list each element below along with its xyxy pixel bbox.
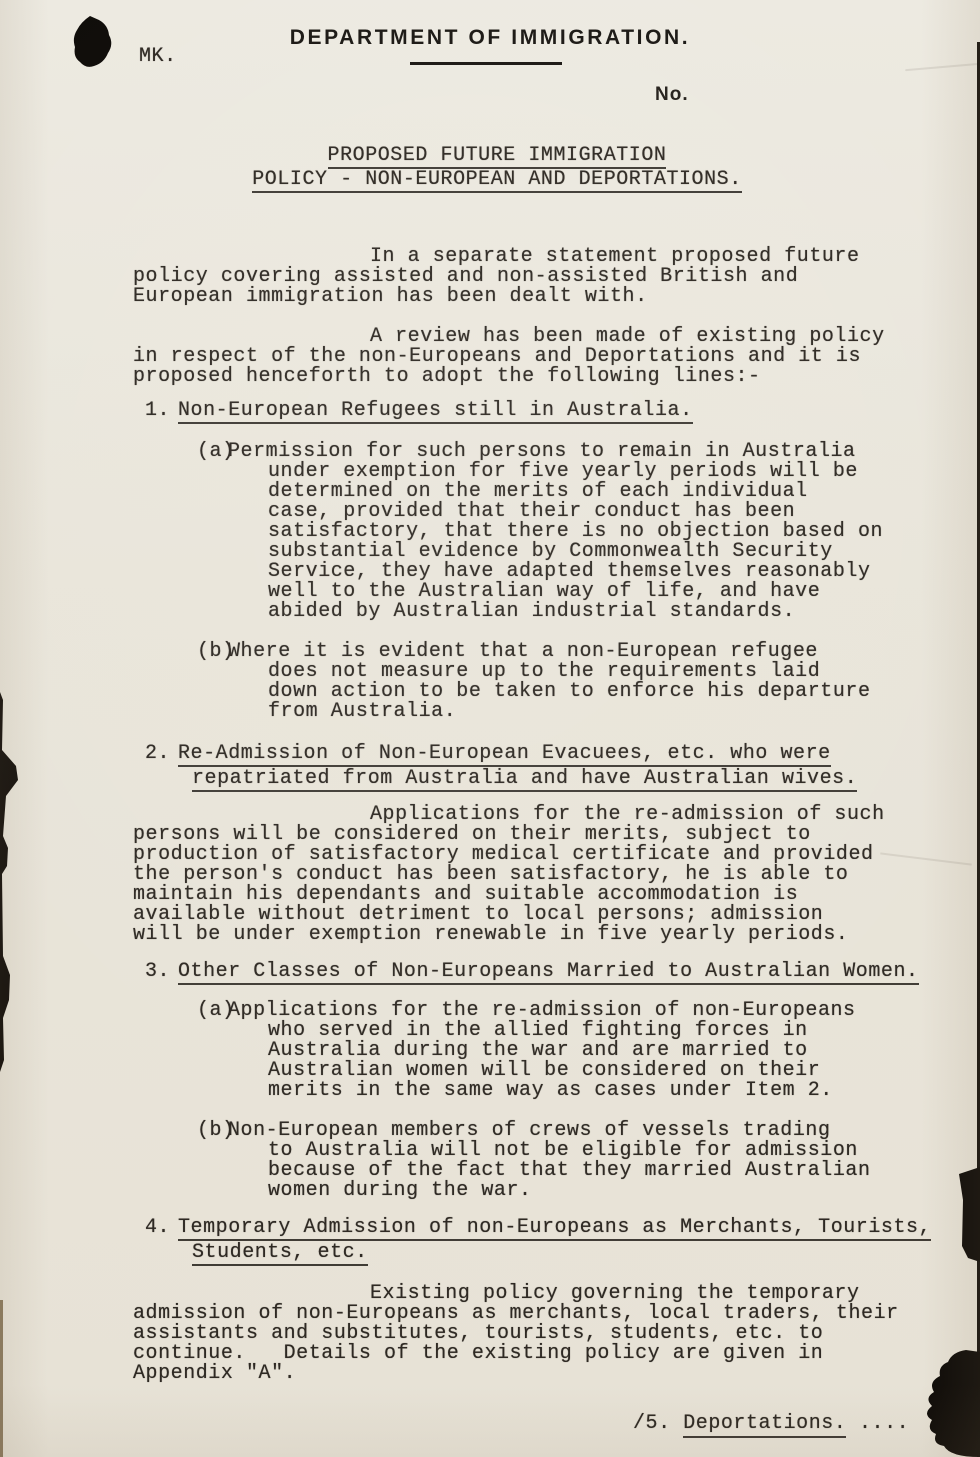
- intro-paragraph-1: In a separate statement proposed future …: [133, 247, 963, 307]
- section-3-heading: 3. Other Classes of Non-Europeans Marrie…: [145, 961, 963, 985]
- document-title: PROPOSED FUTURE IMMIGRATION POLICY - NON…: [0, 145, 980, 193]
- title-text: Temporary Admission of non-Europeans as …: [178, 1217, 931, 1241]
- text-line: persons will be considered on their meri…: [133, 825, 963, 845]
- item-marker: (a): [197, 442, 228, 462]
- section-3-item-a: (a) Applications for the re-admission of…: [197, 1001, 963, 1101]
- item-marker: (a): [197, 1001, 228, 1021]
- text-line: policy covering assisted and non-assiste…: [133, 267, 963, 287]
- text-line: maintain his dependants and suitable acc…: [133, 885, 963, 905]
- paper-crease: [905, 63, 980, 72]
- section-title-line: Students, etc.: [178, 1242, 931, 1266]
- text-line: proposed henceforth to adopt the followi…: [133, 367, 963, 387]
- next-section-label: Deportations.: [683, 1412, 846, 1438]
- text-line: Permission for such persons to remain in…: [228, 442, 883, 462]
- text-line: Existing policy governing the temporary: [133, 1284, 963, 1304]
- section-title: Temporary Admission of non-Europeans as …: [178, 1217, 931, 1266]
- section-title: Non-European Refugees still in Australia…: [178, 400, 693, 424]
- page-footer: /5. Deportations. ....: [633, 1412, 909, 1438]
- section-number: 4.: [145, 1217, 178, 1266]
- section-title-line: Temporary Admission of non-Europeans as …: [178, 1217, 931, 1241]
- text-line: from Australia.: [228, 702, 871, 722]
- title-text: Students, etc.: [192, 1242, 368, 1266]
- section-4-paragraph: Existing policy governing the temporary …: [133, 1284, 963, 1384]
- text-line: women during the war.: [228, 1181, 871, 1201]
- text-line: Appendix "A".: [133, 1364, 963, 1384]
- text-line: substantial evidence by Commonwealth Sec…: [228, 542, 883, 562]
- section-3-item-b: (b) Non-European members of crews of ves…: [197, 1121, 963, 1201]
- scan-edge-left-bottom: [0, 1300, 3, 1457]
- text-line: will be under exemption renewable in fiv…: [133, 925, 963, 945]
- section-1-item-b: (b) Where it is evident that a non-Europ…: [197, 642, 963, 722]
- text-line: satisfactory, that there is no objection…: [228, 522, 883, 542]
- section-title-line: repatriated from Australia and have Aust…: [178, 768, 857, 792]
- text-line: down action to be taken to enforce his d…: [228, 682, 871, 702]
- section-title-line: Re-Admission of Non-European Evacuees, e…: [178, 743, 857, 767]
- title-text: Re-Admission of Non-European Evacuees, e…: [178, 743, 831, 767]
- item-text: Non-European members of crews of vessels…: [228, 1121, 871, 1201]
- spacer: [846, 1412, 859, 1435]
- torn-edge-left: [0, 692, 18, 1072]
- letterhead-rule: [410, 62, 562, 65]
- text-line: case, provided that their conduct has be…: [228, 502, 883, 522]
- text-line: available without detriment to local per…: [133, 905, 963, 925]
- document-page: DEPARTMENT OF IMMIGRATION. No. MK. PROPO…: [0, 0, 980, 1457]
- section-title: Other Classes of Non-Europeans Married t…: [178, 961, 919, 985]
- text-line: assistants and substitutes, tourists, st…: [133, 1324, 963, 1344]
- section-number: 3.: [145, 961, 178, 985]
- text-line: Australia during the war and are married…: [228, 1041, 856, 1061]
- section-1-item-a: (a) Permission for such persons to remai…: [197, 442, 963, 622]
- section-2-heading: 2. Re-Admission of Non-European Evacuees…: [145, 743, 963, 792]
- text-line: in respect of the non-Europeans and Depo…: [133, 347, 963, 367]
- text-line: admission of non-Europeans as merchants,…: [133, 1304, 963, 1324]
- item-text: Applications for the re-admission of non…: [228, 1001, 856, 1101]
- text-line: merits in the same way as cases under It…: [228, 1081, 856, 1101]
- intro-paragraph-2: A review has been made of existing polic…: [133, 327, 963, 387]
- text-line: Where it is evident that a non-European …: [228, 642, 871, 662]
- section-number: 1.: [145, 400, 178, 424]
- item-marker: (b): [197, 1121, 228, 1141]
- document-title-line-1: PROPOSED FUTURE IMMIGRATION: [14, 145, 980, 169]
- spacer: [671, 1412, 684, 1435]
- document-title-line-2: POLICY - NON-EUROPEAN AND DEPORTATIONS.: [14, 169, 980, 193]
- text-line: Australian women will be considered on t…: [228, 1061, 856, 1081]
- continuation-dots: ....: [859, 1412, 909, 1435]
- section-4-heading: 4. Temporary Admission of non-Europeans …: [145, 1217, 963, 1266]
- text-line: Applications for the re-admission of non…: [228, 1001, 856, 1021]
- section-1-heading: 1. Non-European Refugees still in Austra…: [145, 400, 963, 424]
- title-text: repatriated from Australia and have Aust…: [192, 768, 857, 792]
- text-line: because of the fact that they married Au…: [228, 1161, 871, 1181]
- section-title: Re-Admission of Non-European Evacuees, e…: [178, 743, 857, 792]
- text-line: to Australia will not be eligible for ad…: [228, 1141, 871, 1161]
- next-page-ref: /5.: [633, 1412, 671, 1435]
- text-line: continue. Details of the existing policy…: [133, 1344, 963, 1364]
- text-line: production of satisfactory medical certi…: [133, 845, 963, 865]
- text-line: Applications for the re-admission of suc…: [133, 805, 963, 825]
- text-line: Non-European members of crews of vessels…: [228, 1121, 871, 1141]
- text-line: A review has been made of existing polic…: [133, 327, 963, 347]
- text-line: Service, they have adapted themselves re…: [228, 562, 883, 582]
- item-marker: (b): [197, 642, 228, 662]
- text-line: determined on the merits of each individ…: [228, 482, 883, 502]
- text-line: well to the Australian way of life, and …: [228, 582, 883, 602]
- text-line: who served in the allied fighting forces…: [228, 1021, 856, 1041]
- title-text: PROPOSED FUTURE IMMIGRATION: [328, 145, 667, 169]
- number-label: No.: [655, 84, 689, 106]
- text-line: under exemption for five yearly periods …: [228, 462, 883, 482]
- section-number: 2.: [145, 743, 178, 792]
- section-2-paragraph: Applications for the re-admission of suc…: [133, 805, 963, 945]
- text-line: In a separate statement proposed future: [133, 247, 963, 267]
- text-line: does not measure up to the requirements …: [228, 662, 871, 682]
- document-body: In a separate statement proposed future …: [133, 247, 963, 1384]
- item-text: Permission for such persons to remain in…: [228, 442, 883, 622]
- item-text: Where it is evident that a non-European …: [228, 642, 871, 722]
- text-line: European immigration has been dealt with…: [133, 287, 963, 307]
- initials-mark: MK.: [139, 45, 177, 68]
- text-line: the person's conduct has been satisfacto…: [133, 865, 963, 885]
- title-text: POLICY - NON-EUROPEAN AND DEPORTATIONS.: [252, 169, 742, 193]
- text-line: abided by Australian industrial standard…: [228, 602, 883, 622]
